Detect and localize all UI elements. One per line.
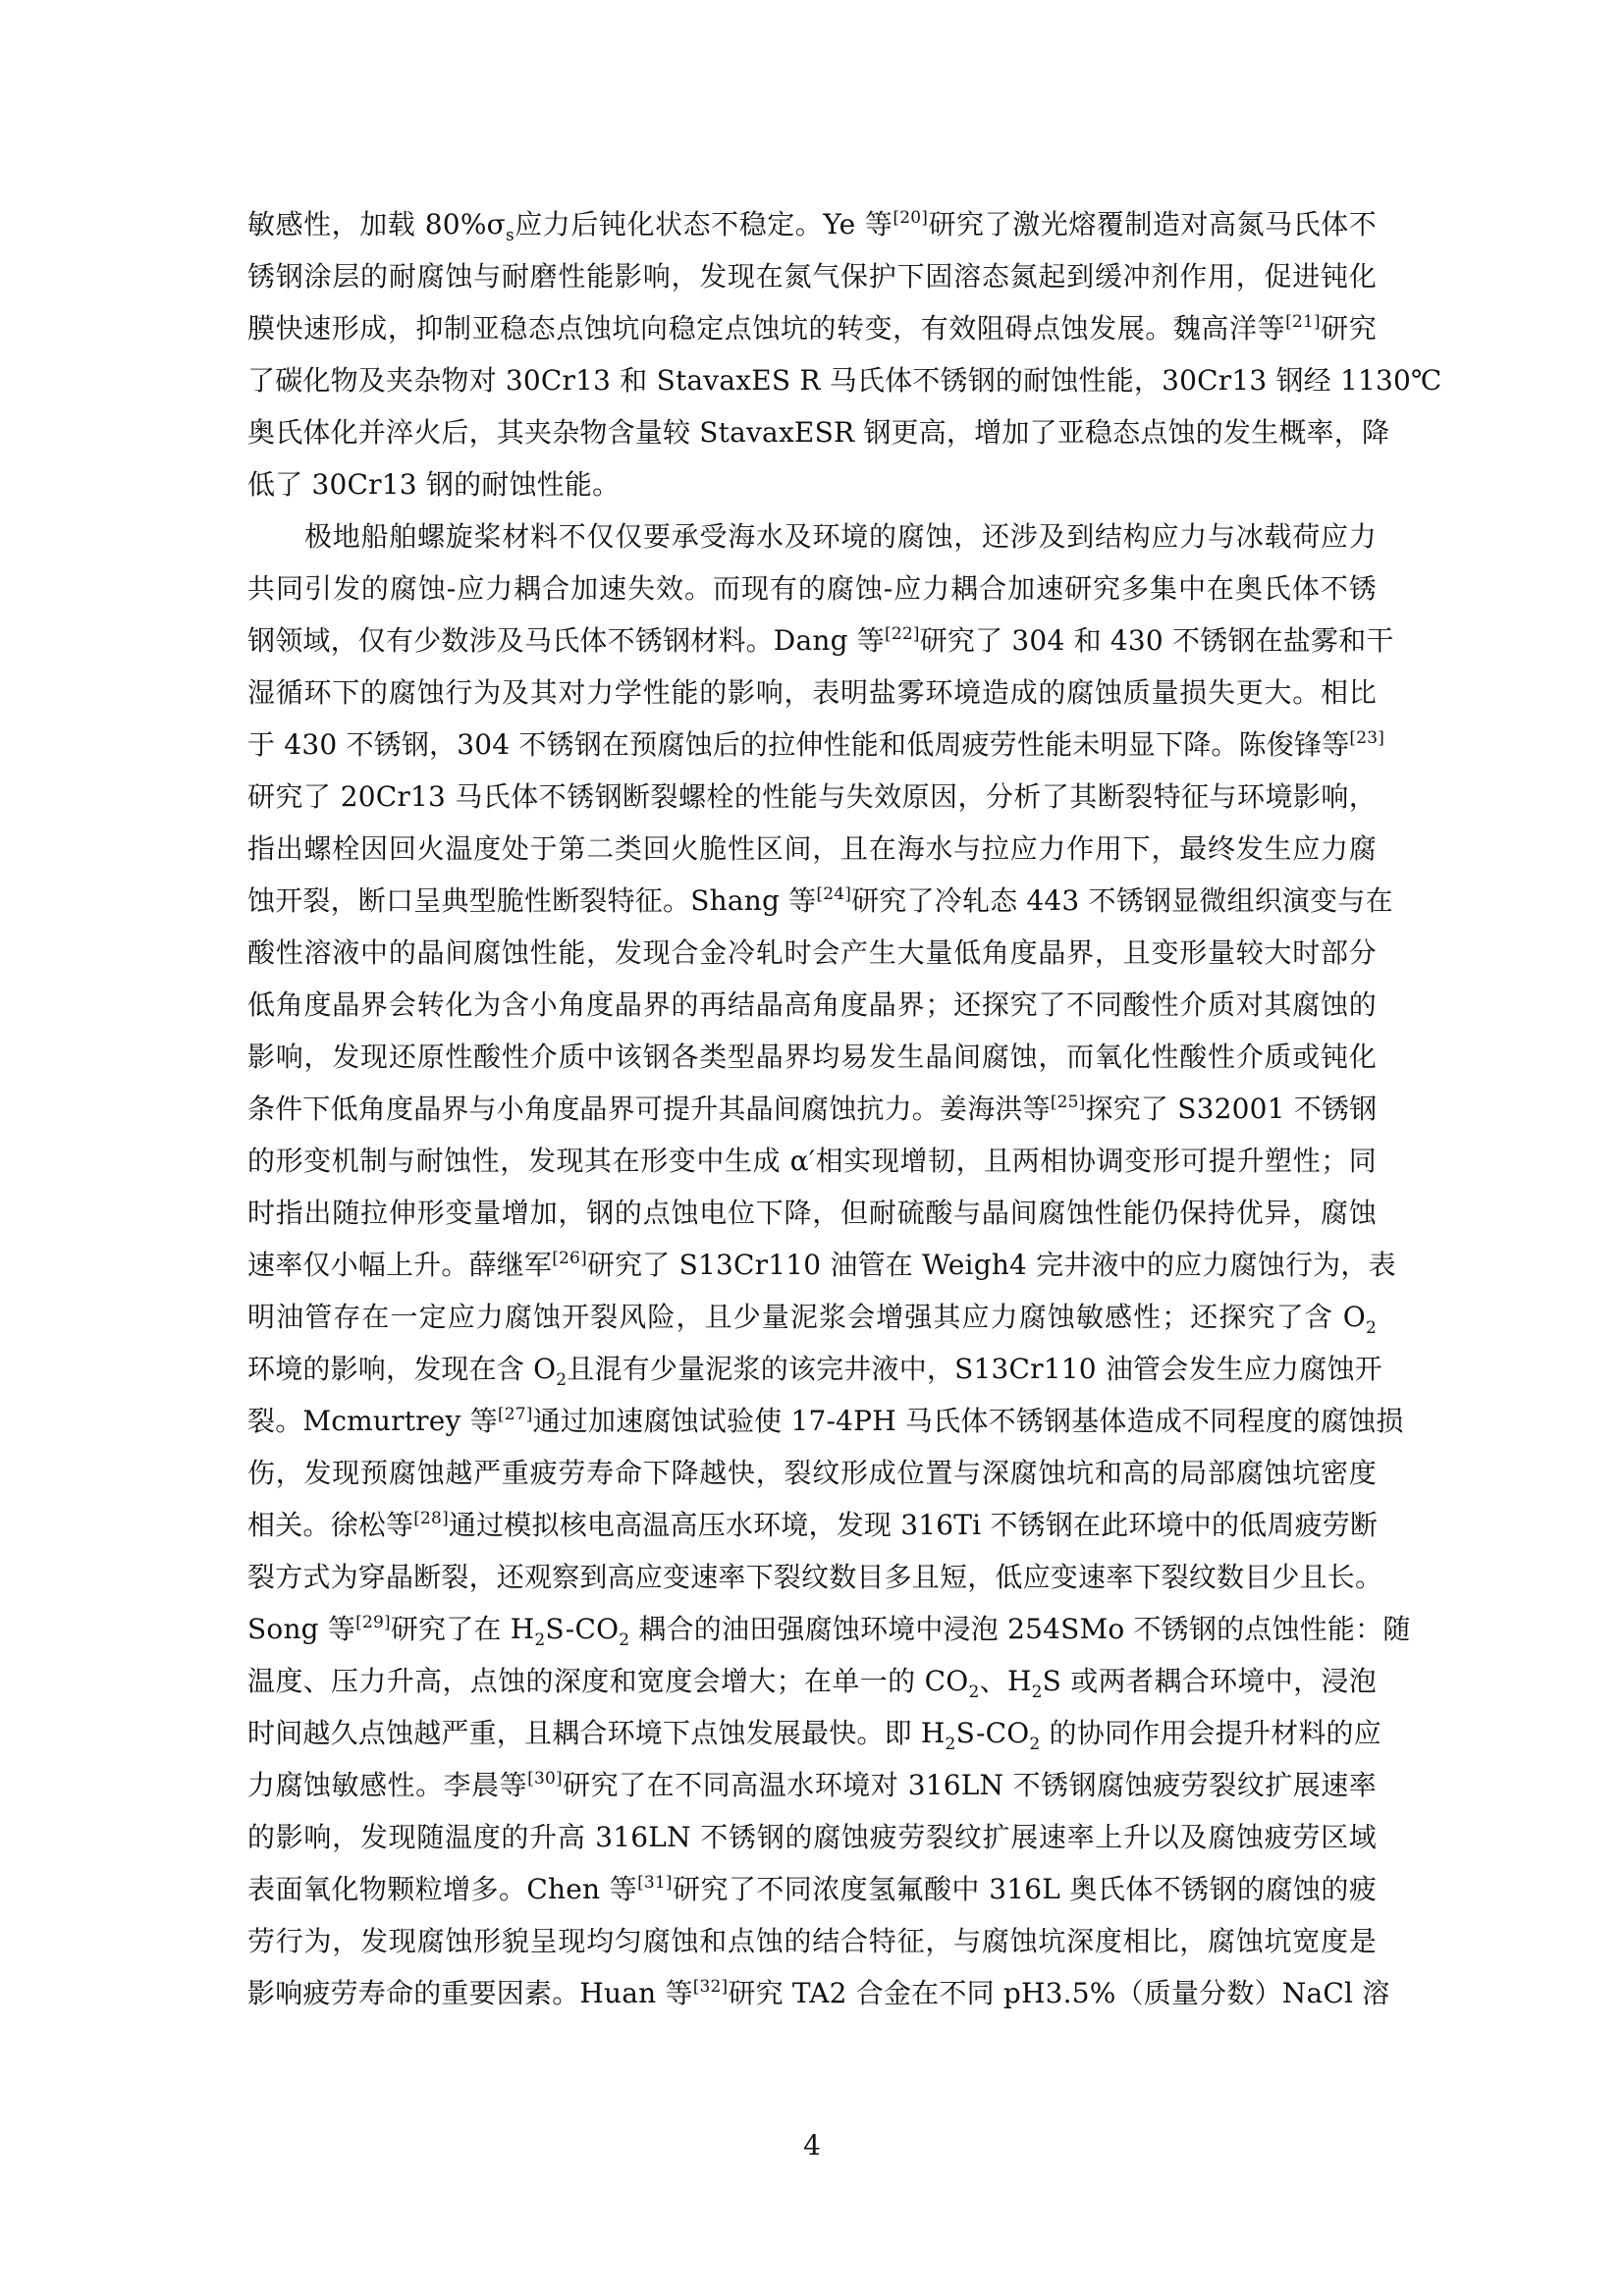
text-line: 条件下低角度晶界与小角度晶界可提升其晶间腐蚀抗力。姜海洪等[25]探究了 S32… xyxy=(247,1083,1377,1135)
text-line: 研究了 20Cr13 马氏体不锈钢断裂螺栓的性能与失效原因，分析了其断裂特征与环… xyxy=(247,771,1377,823)
text-segment: 研究了不同浓度氢氟酸中 316L 奥氏体不锈钢的腐蚀的疲 xyxy=(673,1873,1377,1905)
text-segment: 研究了 304 和 430 不锈钢在盐雾和干 xyxy=(920,624,1394,657)
text-line: 了碳化物及夹杂物对 30Cr13 和 StavaxES R 马氏体不锈钢的耐蚀性… xyxy=(247,354,1377,406)
citation-superscript: [27] xyxy=(498,1405,533,1424)
subscript: 2 xyxy=(1366,1318,1377,1338)
text-line: 膜快速形成，抑制亚稳态点蚀坑向稳定点蚀坑的转变，有效阻碍点蚀发展。魏高洋等[21… xyxy=(247,302,1377,354)
text-segment: 研究了激光熔覆制造对高氮马氏体不 xyxy=(928,208,1377,240)
text-segment: 探究了 S32001 不锈钢 xyxy=(1086,1093,1378,1125)
text-segment: 影响，发现还原性酸性介质中该钢各类型晶界均易发生晶间腐蚀，而氧化性酸性介质或钝化 xyxy=(247,1041,1377,1073)
text-line: 力腐蚀敏感性。李晨等[30]研究了在不同高温水环境对 316LN 不锈钢腐蚀疲劳… xyxy=(247,1759,1377,1811)
text-segment: 膜快速形成，抑制亚稳态点蚀坑向稳定点蚀坑的转变，有效阻碍点蚀发展。魏高洋等 xyxy=(247,312,1285,345)
text-line: 温度、压力升高，点蚀的深度和宽度会增大；在单一的 CO2、H2S 或两者耦合环境… xyxy=(247,1655,1377,1707)
text-line: 钢领域，仅有少数涉及马氏体不锈钢材料。Dang 等[22]研究了 304 和 4… xyxy=(247,614,1377,667)
text-line: 速率仅小幅上升。薛继军[26]研究了 S13Cr110 油管在 Weigh4 完… xyxy=(247,1239,1377,1291)
text-line: 指出螺栓因回火温度处于第二类回火脆性区间，且在海水与拉应力作用下，最终发生应力腐 xyxy=(247,823,1377,875)
text-segment: 蚀开裂，断口呈典型脆性断裂特征。Shang 等 xyxy=(247,884,816,917)
text-segment: 研究了冷轧态 443 不锈钢显微组织演变与在 xyxy=(851,884,1393,917)
subscript: 2 xyxy=(946,1735,956,1754)
citation-superscript: [23] xyxy=(1349,728,1384,748)
text-line: 低了 30Cr13 钢的耐蚀性能。 xyxy=(247,458,1377,510)
text-line: 裂方式为穿晶断裂，还观察到高应变速率下裂纹数目多且短，低应变速率下裂纹数目少且长… xyxy=(247,1551,1377,1603)
text-segment: 影响疲劳寿命的重要因素。Huan 等 xyxy=(247,1977,693,2009)
text-line: 裂。Mcmurtrey 等[27]通过加速腐蚀试验使 17-4PH 马氏体不锈钢… xyxy=(247,1395,1377,1447)
text-segment: 研究 TA2 合金在不同 pH3.5%（质量分数）NaCl 溶 xyxy=(728,1977,1389,2009)
text-line: 的影响，发现随温度的升高 316LN 不锈钢的腐蚀疲劳裂纹扩展速率上升以及腐蚀疲… xyxy=(247,1811,1377,1863)
text-line: 蚀开裂，断口呈典型脆性断裂特征。Shang 等[24]研究了冷轧态 443 不锈… xyxy=(247,875,1377,927)
paragraph: 极地船舶螺旋桨材料不仅仅要承受海水及环境的腐蚀，还涉及到结构应力与冰载荷应力共同… xyxy=(247,510,1377,2019)
text-segment: 时间越久点蚀越严重，且耦合环境下点蚀发展最快。即 H xyxy=(247,1717,946,1749)
text-segment: 湿循环下的腐蚀行为及其对力学性能的影响，表明盐雾环境造成的腐蚀质量损失更大。相比 xyxy=(247,676,1377,709)
citation-superscript: [26] xyxy=(552,1249,587,1268)
citation-superscript: [20] xyxy=(893,208,928,228)
subscript: 2 xyxy=(619,1630,629,1650)
text-line: 环境的影响，发现在含 O2且混有少量泥浆的该完井液中，S13Cr110 油管会发… xyxy=(247,1343,1377,1395)
text-segment: 研究了 20Cr13 马氏体不锈钢断裂螺栓的性能与失效原因，分析了其断裂特征与环… xyxy=(247,780,1377,813)
text-segment: 研究了在 H xyxy=(391,1613,535,1645)
text-segment: 酸性溶液中的晶间腐蚀性能，发现合金冷轧时会产生大量低角度晶界，且变形量较大时部分 xyxy=(247,936,1377,969)
text-line: 表面氧化物颗粒增多。Chen 等[31]研究了不同浓度氢氟酸中 316L 奥氏体… xyxy=(247,1863,1377,1915)
paragraph: 敏感性，加载 80%σs应力后钝化状态不稳定。Ye 等[20]研究了激光熔覆制造… xyxy=(247,198,1377,510)
text-segment: 表面氧化物颗粒增多。Chen 等 xyxy=(247,1873,637,1905)
text-segment: 了碳化物及夹杂物对 30Cr13 和 StavaxES R 马氏体不锈钢的耐蚀性… xyxy=(247,364,1442,397)
text-segment: Song 等 xyxy=(247,1613,355,1645)
citation-superscript: [25] xyxy=(1051,1093,1086,1112)
text-segment: 裂方式为穿晶断裂，还观察到高应变速率下裂纹数目多且短，低应变速率下裂纹数目少且长… xyxy=(247,1561,1382,1593)
text-segment: 应力后钝化状态不稳定。Ye 等 xyxy=(514,208,893,240)
citation-superscript: [22] xyxy=(885,624,920,644)
citation-superscript: [29] xyxy=(355,1613,391,1632)
text-segment: 指出螺栓因回火温度处于第二类回火脆性区间，且在海水与拉应力作用下，最终发生应力腐 xyxy=(247,832,1377,865)
text-line: 时指出随拉伸形变量增加，钢的点蚀电位下降，但耐硫酸与晶间腐蚀性能仍保持优异，腐蚀 xyxy=(247,1187,1377,1239)
text-segment: 锈钢涂层的耐腐蚀与耐磨性能影响，发现在氮气保护下固溶态氮起到缓冲剂作用，促进钝化 xyxy=(247,260,1377,293)
text-segment: 的形变机制与耐蚀性，发现其在形变中生成 α′相实现增韧，且两相协调变形可提升塑性… xyxy=(247,1145,1377,1177)
text-line: 明油管存在一定应力腐蚀开裂风险，且少量泥浆会增强其应力腐蚀敏感性；还探究了含 O… xyxy=(247,1291,1377,1343)
citation-superscript: [31] xyxy=(637,1873,673,1893)
text-segment: 研究了 S13Cr110 油管在 Weigh4 完井液中的应力腐蚀行为，表 xyxy=(587,1249,1396,1281)
text-segment: 条件下低角度晶界与小角度晶界可提升其晶间腐蚀抗力。姜海洪等 xyxy=(247,1093,1051,1125)
text-segment: 劳行为，发现腐蚀形貌呈现均匀腐蚀和点蚀的结合特征，与腐蚀坑深度相比，腐蚀坑宽度是 xyxy=(247,1925,1377,1957)
text-segment: 温度、压力升高，点蚀的深度和宽度会增大；在单一的 CO xyxy=(247,1665,968,1697)
text-segment: S-CO xyxy=(545,1613,619,1645)
text-segment: S 或两者耦合环境中，浸泡 xyxy=(1043,1665,1377,1697)
text-segment: 力腐蚀敏感性。李晨等 xyxy=(247,1769,527,1801)
text-segment: 相关。徐松等 xyxy=(247,1509,413,1541)
body-text: 敏感性，加载 80%σs应力后钝化状态不稳定。Ye 等[20]研究了激光熔覆制造… xyxy=(247,198,1377,2019)
text-segment: 且混有少量泥浆的该完井液中，S13Cr110 油管会发生应力腐蚀开 xyxy=(567,1353,1382,1385)
citation-superscript: [28] xyxy=(413,1509,449,1528)
text-segment: 钢领域，仅有少数涉及马氏体不锈钢材料。Dang 等 xyxy=(247,624,885,657)
text-segment: 敏感性，加载 80%σ xyxy=(247,208,506,240)
text-line: 极地船舶螺旋桨材料不仅仅要承受海水及环境的腐蚀，还涉及到结构应力与冰载荷应力 xyxy=(247,510,1377,562)
text-segment: 低角度晶界会转化为含小角度晶界的再结晶高角度晶界；还探究了不同酸性介质对其腐蚀的 xyxy=(247,988,1377,1021)
text-line: 的形变机制与耐蚀性，发现其在形变中生成 α′相实现增韧，且两相协调变形可提升塑性… xyxy=(247,1135,1377,1187)
document-page: 敏感性，加载 80%σs应力后钝化状态不稳定。Ye 等[20]研究了激光熔覆制造… xyxy=(0,0,1624,2296)
text-segment: 的影响，发现随温度的升高 316LN 不锈钢的腐蚀疲劳裂纹扩展速率上升以及腐蚀疲… xyxy=(247,1821,1377,1853)
text-line: 于 430 不锈钢，304 不锈钢在预腐蚀后的拉伸性能和低周疲劳性能未明显下降。… xyxy=(247,719,1377,771)
text-line: 低角度晶界会转化为含小角度晶界的再结晶高角度晶界；还探究了不同酸性介质对其腐蚀的 xyxy=(247,979,1377,1031)
text-line: 影响疲劳寿命的重要因素。Huan 等[32]研究 TA2 合金在不同 pH3.5… xyxy=(247,1967,1377,2019)
text-segment: 的协同作用会提升材料的应 xyxy=(1040,1717,1381,1749)
text-line: 劳行为，发现腐蚀形貌呈现均匀腐蚀和点蚀的结合特征，与腐蚀坑深度相比，腐蚀坑宽度是 xyxy=(247,1915,1377,1967)
text-segment: 环境的影响，发现在含 O xyxy=(247,1353,556,1385)
text-segment: 明油管存在一定应力腐蚀开裂风险，且少量泥浆会增强其应力腐蚀敏感性；还探究了含 O xyxy=(247,1301,1366,1333)
text-segment: S-CO xyxy=(956,1717,1030,1749)
text-segment: 速率仅小幅上升。薛继军 xyxy=(247,1249,552,1281)
text-line: 共同引发的腐蚀-应力耦合加速失效。而现有的腐蚀-应力耦合加速研究多集中在奥氏体不… xyxy=(247,562,1377,614)
subscript: 2 xyxy=(556,1370,567,1390)
text-line: 酸性溶液中的晶间腐蚀性能，发现合金冷轧时会产生大量低角度晶界，且变形量较大时部分 xyxy=(247,927,1377,979)
text-segment: 极地船舶螺旋桨材料不仅仅要承受海水及环境的腐蚀，还涉及到结构应力与冰载荷应力 xyxy=(304,520,1377,553)
text-line: 伤，发现预腐蚀越严重疲劳寿命下降越快，裂纹形成位置与深腐蚀坑和高的局部腐蚀坑密度 xyxy=(247,1447,1377,1499)
citation-superscript: [24] xyxy=(816,884,851,904)
text-segment: 于 430 不锈钢，304 不锈钢在预腐蚀后的拉伸性能和低周疲劳性能未明显下降。… xyxy=(247,728,1349,761)
subscript: 2 xyxy=(534,1630,545,1650)
text-line: 相关。徐松等[28]通过模拟核电高温高压水环境，发现 316Ti 不锈钢在此环境… xyxy=(247,1499,1377,1551)
text-segment: 低了 30Cr13 钢的耐蚀性能。 xyxy=(247,468,620,501)
citation-superscript: [21] xyxy=(1285,312,1321,332)
text-segment: 通过模拟核电高温高压水环境，发现 316Ti 不锈钢在此环境中的低周疲劳断 xyxy=(449,1509,1378,1541)
text-segment: 奥氏体化并淬火后，其夹杂物含量较 StavaxESR 钢更高，增加了亚稳态点蚀的… xyxy=(247,416,1389,449)
text-segment: 研究 xyxy=(1321,312,1377,345)
text-line: 时间越久点蚀越严重，且耦合环境下点蚀发展最快。即 H2S-CO2 的协同作用会提… xyxy=(247,1707,1377,1759)
subscript: s xyxy=(506,226,514,245)
subscript: 2 xyxy=(1032,1682,1043,1702)
text-line: Song 等[29]研究了在 H2S-CO2 耦合的油田强腐蚀环境中浸泡 254… xyxy=(247,1603,1377,1655)
text-segment: 耦合的油田强腐蚀环境中浸泡 254SMo 不锈钢的点蚀性能：随 xyxy=(629,1613,1410,1645)
text-line: 锈钢涂层的耐腐蚀与耐磨性能影响，发现在氮气保护下固溶态氮起到缓冲剂作用，促进钝化 xyxy=(247,250,1377,302)
text-line: 湿循环下的腐蚀行为及其对力学性能的影响，表明盐雾环境造成的腐蚀质量损失更大。相比 xyxy=(247,667,1377,719)
text-segment: 裂。Mcmurtrey 等 xyxy=(247,1405,498,1437)
text-segment: 研究了在不同高温水环境对 316LN 不锈钢腐蚀疲劳裂纹扩展速率 xyxy=(563,1769,1377,1801)
subscript: 2 xyxy=(968,1682,979,1702)
page-number: 4 xyxy=(0,2126,1624,2165)
text-segment: 通过加速腐蚀试验使 17-4PH 马氏体不锈钢基体造成不同程度的腐蚀损 xyxy=(533,1405,1404,1437)
text-segment: 时指出随拉伸形变量增加，钢的点蚀电位下降，但耐硫酸与晶间腐蚀性能仍保持优异，腐蚀 xyxy=(247,1197,1377,1229)
citation-superscript: [32] xyxy=(693,1977,729,1997)
text-line: 奥氏体化并淬火后，其夹杂物含量较 StavaxESR 钢更高，增加了亚稳态点蚀的… xyxy=(247,406,1377,458)
text-segment: 共同引发的腐蚀-应力耦合加速失效。而现有的腐蚀-应力耦合加速研究多集中在奥氏体不… xyxy=(247,572,1377,605)
text-line: 影响，发现还原性酸性介质中该钢各类型晶界均易发生晶间腐蚀，而氧化性酸性介质或钝化 xyxy=(247,1031,1377,1083)
subscript: 2 xyxy=(1029,1735,1040,1754)
citation-superscript: [30] xyxy=(527,1769,563,1789)
text-segment: 伤，发现预腐蚀越严重疲劳寿命下降越快，裂纹形成位置与深腐蚀坑和高的局部腐蚀坑密度 xyxy=(247,1457,1377,1489)
text-segment: 、H xyxy=(980,1665,1032,1697)
text-line: 敏感性，加载 80%σs应力后钝化状态不稳定。Ye 等[20]研究了激光熔覆制造… xyxy=(247,198,1377,250)
